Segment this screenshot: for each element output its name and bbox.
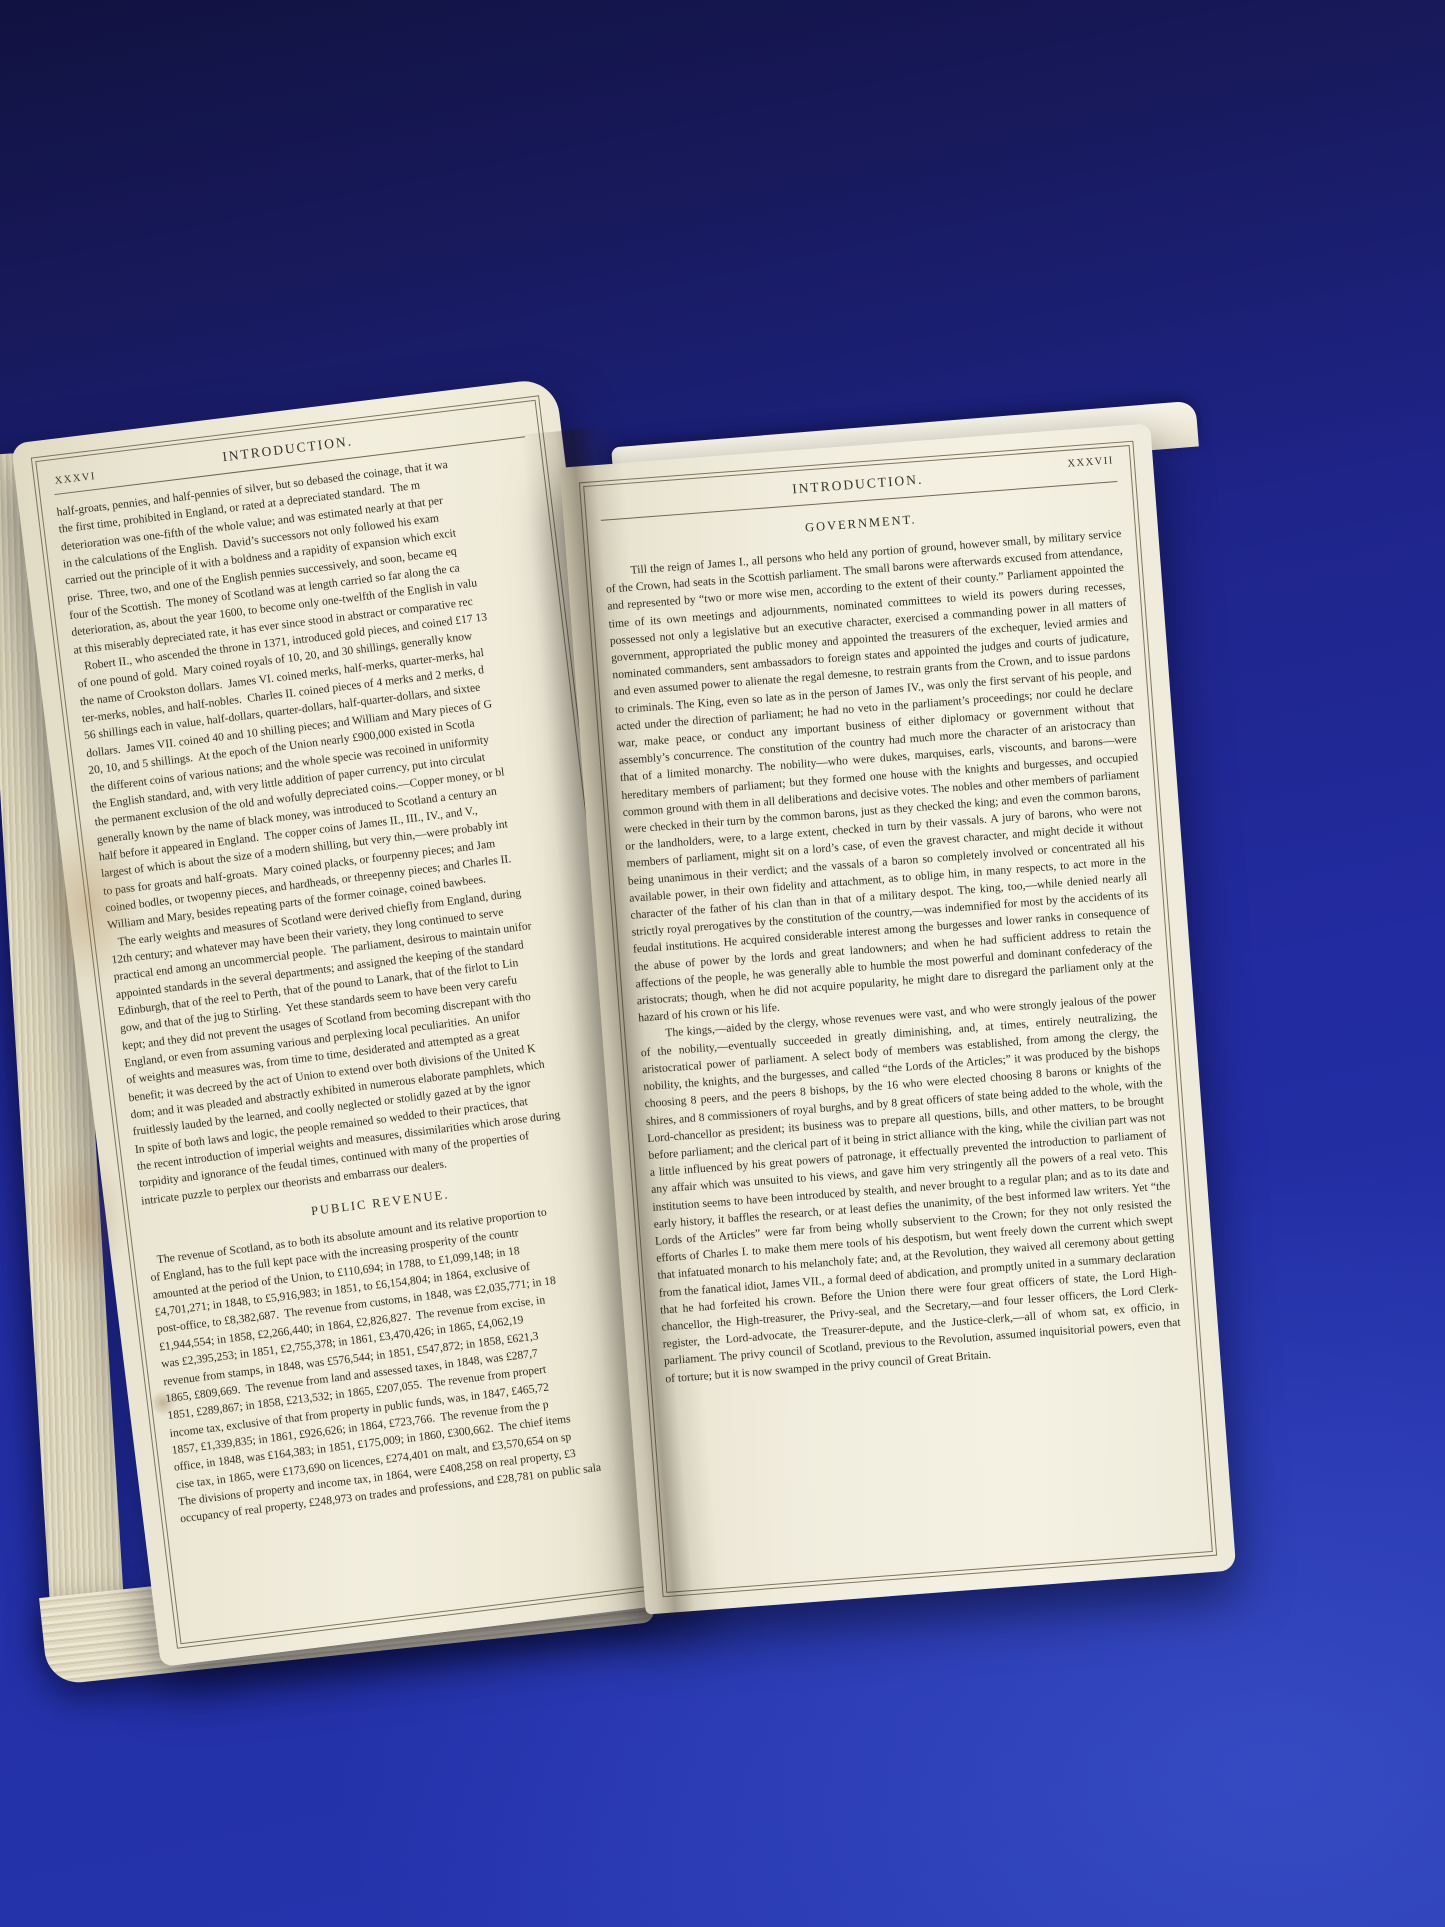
right-page: INTRODUCTION. XXXVII GOVERNMENT. Till th…: [560, 423, 1237, 1614]
left-coinage-text: half-groats, pennies, and half-pennies o…: [56, 446, 613, 1210]
right-page-border-frame: INTRODUCTION. XXXVII GOVERNMENT. Till th…: [579, 441, 1217, 1598]
book-photo-background: XXXVI INTRODUCTION. half-groats, pennies…: [0, 0, 1445, 1927]
right-government-text: Till the reign of James I., all persons …: [604, 525, 1182, 1387]
left-revenue-text: The revenue of Scotland, as to both its …: [148, 1195, 652, 1528]
